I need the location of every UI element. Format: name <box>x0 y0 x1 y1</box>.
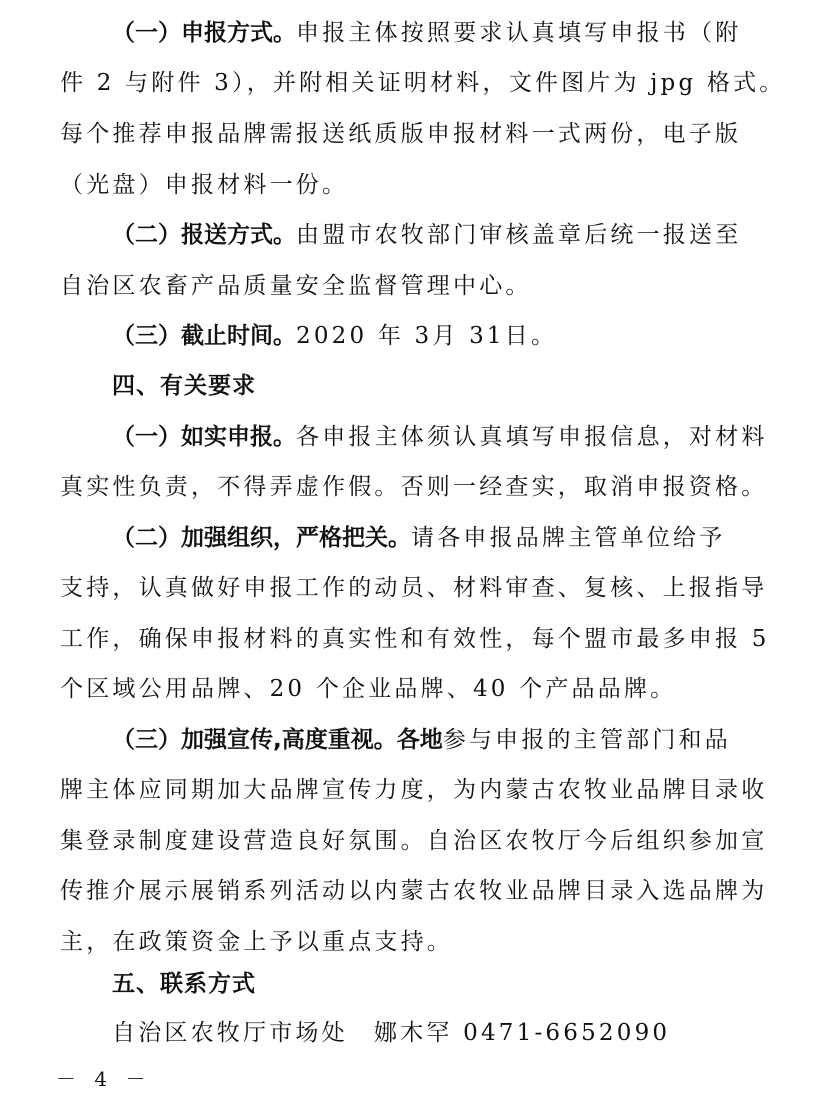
text-line: 各申报主体须认真填写申报信息，对材料 <box>296 424 768 450</box>
text-line: 牌主体应同期加大品牌宣传力度，为内蒙古农牧业品牌目录收 <box>60 775 792 825</box>
section-heading-contact: 五、联系方式 <box>112 969 792 1019</box>
paragraph-deadline: （三）截止时间。2020 年 3月 31日。 <box>112 321 792 371</box>
subheading-label: （三）加强宣传,高度重视。各地 <box>112 727 443 753</box>
text-line: 由盟市农牧部门审核盖章后统一报送至 <box>296 222 741 248</box>
text-line: 真实性负责，不得弄虚作假。否则一经查实，取消申报资格。 <box>60 472 792 522</box>
text-line: 自治区农畜产品质量安全监督管理中心。 <box>60 271 792 321</box>
paragraph-submission-method: （一）申报方式。申报主体按照要求认真填写申报书（附 <box>112 18 792 68</box>
text-line: 集登录制度建设营造良好氛围。自治区农牧厅今后组织参加宣 <box>60 826 792 876</box>
paragraph-strengthen-organization: （二）加强组织，严格把关。请各申报品牌主管单位给予 <box>112 523 792 573</box>
text-line: 工作，确保申报材料的真实性和有效性，每个盟市最多申报 5 <box>60 624 792 674</box>
paragraph-delivery-method: （二）报送方式。由盟市农牧部门审核盖章后统一报送至 <box>112 220 792 270</box>
subheading-label: （二）报送方式。 <box>112 222 296 248</box>
subheading-label: （二）加强组织，严格把关。 <box>112 525 411 551</box>
text-line: 件 2 与附件 3），并附相关证明材料，文件图片为 jpg 格式。 <box>60 68 792 118</box>
text-line: （光盘）申报材料一份。 <box>60 170 792 220</box>
text-line: 传推介展示展销系列活动以内蒙古农牧业品牌目录入选品牌为 <box>60 876 792 926</box>
text-line: 个区域公用品牌、20 个企业品牌、40 个产品品牌。 <box>60 674 792 724</box>
deadline-date: 2020 年 3月 31日。 <box>296 323 557 349</box>
text-line: 申报主体按照要求认真填写申报书（附 <box>296 20 741 46</box>
text-line: 参与申报的主管部门和品 <box>443 727 731 753</box>
text-line: 请各申报品牌主管单位给予 <box>411 525 725 551</box>
page-number: － 4 － <box>56 1063 151 1092</box>
text-line: 支持，认真做好申报工作的动员、材料审查、复核、上报指导 <box>60 573 792 623</box>
subheading-label: （一）申报方式。 <box>112 20 296 46</box>
paragraph-truthful-reporting: （一）如实申报。各申报主体须认真填写申报信息，对材料 <box>112 422 792 472</box>
contact-info: 自治区农牧厅市场处 娜木罕 0471-6652090 <box>112 1018 792 1068</box>
paragraph-strengthen-publicity: （三）加强宣传,高度重视。各地参与申报的主管部门和品 <box>112 725 792 775</box>
section-heading-requirements: 四、有关要求 <box>112 371 792 421</box>
subheading-label: （一）如实申报。 <box>112 424 296 450</box>
text-line: 每个推荐申报品牌需报送纸质版申报材料一式两份，电子版 <box>60 119 792 169</box>
subheading-label: （三）截止时间。 <box>112 323 296 349</box>
